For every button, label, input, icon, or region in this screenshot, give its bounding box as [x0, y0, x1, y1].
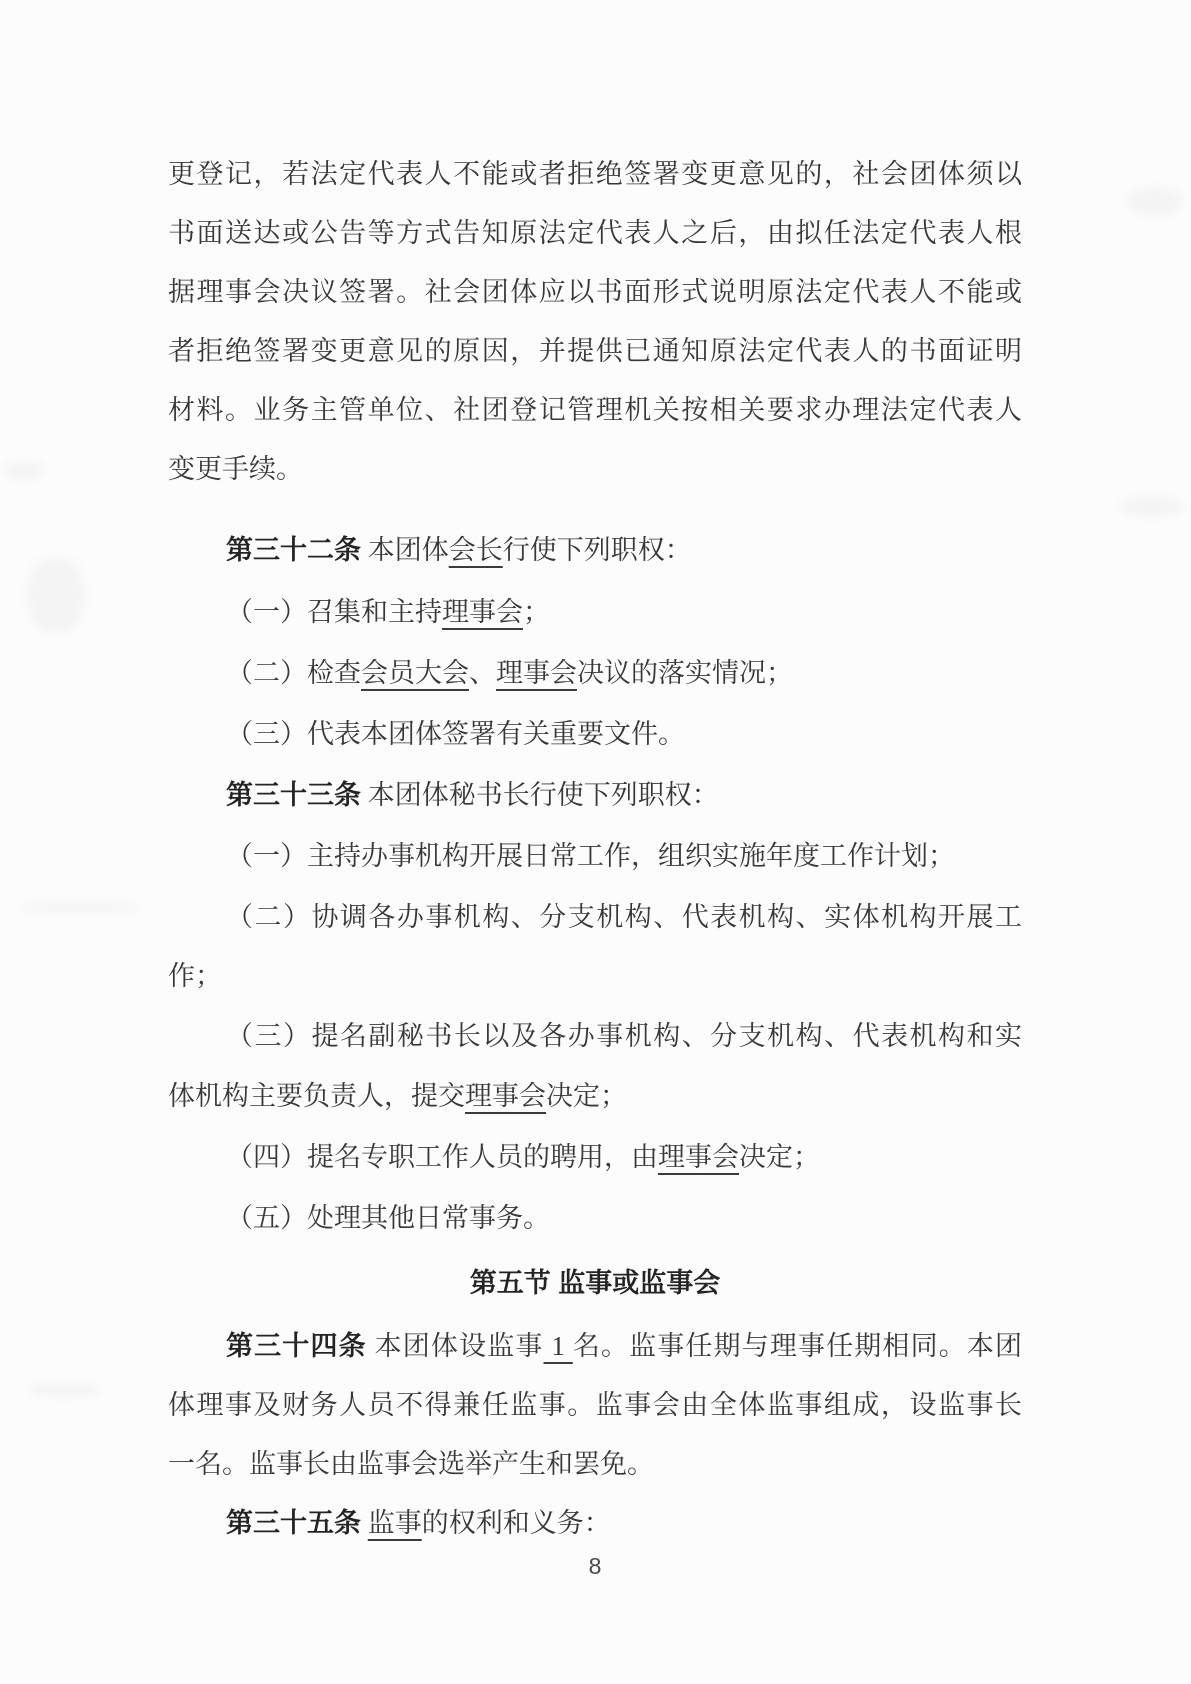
article-label: 第三十三条	[226, 780, 361, 810]
text-segment: 本团体设监事	[367, 1331, 544, 1361]
text-line: （三）代表本团体签署有关重要文件。	[168, 712, 1022, 756]
text-line: 第三十五条 监事的权利和义务：	[168, 1501, 1022, 1545]
text-line: 据理事会决议签署。社会团体应以书面形式说明原法定代表人不能或	[168, 270, 1022, 314]
text-segment: （二）协调各办事机构、分支机构、代表机构、实体机构开展工	[226, 902, 1022, 932]
underlined-term: 理事会	[496, 658, 577, 688]
text-segment: 更登记，若法定代表人不能或者拒绝签署变更意见的，社会团体须以	[168, 159, 1022, 189]
underlined-term: 会员大会	[361, 658, 469, 688]
text-segment: （五）处理其他日常事务。	[226, 1203, 550, 1233]
text-segment: （四）提名专职工作人员的聘用，由	[226, 1142, 658, 1172]
text-segment	[361, 1508, 368, 1538]
text-segment: （二）检查	[226, 658, 361, 688]
text-line: 更登记，若法定代表人不能或者拒绝签署变更意见的，社会团体须以	[168, 152, 1022, 196]
text-line: 第三十三条 本团体秘书长行使下列职权：	[168, 773, 1022, 817]
underlined-term: 理事会	[658, 1142, 739, 1172]
text-segment: （一）召集和主持	[226, 597, 442, 627]
text-line: 第三十四条 本团体设监事 1 名。监事任期与理事任期相同。本团	[168, 1324, 1022, 1368]
underlined-term: 会长	[449, 535, 503, 565]
text-segment: 体机构主要负责人，提交	[168, 1081, 465, 1111]
article-label: 第三十二条	[226, 535, 361, 565]
scan-noise	[1120, 498, 1184, 516]
text-segment: 决定；	[739, 1142, 820, 1172]
text-line: 书面送达或公告等方式告知原法定代表人之后，由拟任法定代表人根	[168, 211, 1022, 255]
text-segment: 行使下列职权：	[503, 535, 692, 565]
underlined-term: 监事	[368, 1508, 422, 1538]
underlined-term: 理事会	[465, 1081, 546, 1111]
text-segment: 本团体	[361, 535, 449, 565]
text-line: 变更手续。	[168, 447, 1022, 491]
text-line: （二）检查会员大会、理事会决议的落实情况；	[168, 651, 1022, 695]
text-line: （二）协调各办事机构、分支机构、代表机构、实体机构开展工	[168, 895, 1022, 939]
text-line: （一）主持办事机构开展日常工作，组织实施年度工作计划；	[168, 834, 1022, 878]
text-line: 体机构主要负责人，提交理事会决定；	[168, 1074, 1022, 1118]
text-segment: （一）主持办事机构开展日常工作，组织实施年度工作计划；	[226, 841, 955, 871]
text-segment: （三）代表本团体签署有关重要文件。	[226, 719, 685, 749]
text-segment: 名。监事任期与理事任期相同。本团	[573, 1331, 1022, 1361]
text-line: （四）提名专职工作人员的聘用，由理事会决定；	[168, 1135, 1022, 1179]
text-segment: 者拒绝签署变更意见的原因，并提供已通知原法定代表人的书面证明	[168, 336, 1022, 366]
text-segment: 作；	[168, 961, 222, 991]
scan-noise	[28, 558, 84, 632]
text-segment: 材料。业务主管单位、社团登记管理机关按相关要求办理法定代表人	[168, 395, 1022, 425]
text-line: 一名。监事长由监事会选举产生和罢免。	[168, 1442, 1022, 1486]
underlined-term: 1	[544, 1331, 573, 1361]
text-line: （一）召集和主持理事会；	[168, 590, 1022, 634]
document-page: 更登记，若法定代表人不能或者拒绝签署变更意见的，社会团体须以书面送达或公告等方式…	[0, 0, 1191, 1684]
text-line: （五）处理其他日常事务。	[168, 1196, 1022, 1240]
text-segment: （三）提名副秘书长以及各办事机构、分支机构、代表机构和实	[226, 1021, 1022, 1051]
text-line: （三）提名副秘书长以及各办事机构、分支机构、代表机构和实	[168, 1014, 1022, 1058]
text-line: 体理事及财务人员不得兼任监事。监事会由全体监事组成，设监事长	[168, 1383, 1022, 1427]
article-label: 第三十五条	[226, 1508, 361, 1538]
scan-noise	[20, 902, 140, 912]
text-segment: 据理事会决议签署。社会团体应以书面形式说明原法定代表人不能或	[168, 277, 1022, 307]
text-segment: 一名。监事长由监事会选举产生和罢免。	[168, 1449, 654, 1479]
scan-noise	[30, 1384, 100, 1396]
text-line: 材料。业务主管单位、社团登记管理机关按相关要求办理法定代表人	[168, 388, 1022, 432]
text-segment: 体理事及财务人员不得兼任监事。监事会由全体监事组成，设监事长	[168, 1390, 1022, 1420]
text-segment: 本团体秘书长行使下列职权：	[361, 780, 719, 810]
text-segment: 的权利和义务：	[422, 1508, 611, 1538]
article-label: 第三十四条	[226, 1331, 367, 1361]
text-segment: 变更手续。	[168, 454, 303, 484]
text-segment: 、	[469, 658, 496, 688]
text-line: 者拒绝签署变更意见的原因，并提供已通知原法定代表人的书面证明	[168, 329, 1022, 373]
underlined-term: 理事会	[442, 597, 523, 627]
text-segment: 决定；	[546, 1081, 627, 1111]
scan-noise	[4, 462, 44, 478]
text-line: 第三十二条 本团体会长行使下列职权：	[168, 528, 1022, 572]
article-label: 第五节 监事或监事会	[470, 1268, 721, 1298]
text-line: 作；	[168, 954, 1022, 998]
text-segment: ；	[523, 597, 550, 627]
scan-noise	[1128, 188, 1182, 214]
text-line: 第五节 监事或监事会	[168, 1261, 1022, 1305]
text-segment: 书面送达或公告等方式告知原法定代表人之后，由拟任法定代表人根	[168, 218, 1022, 248]
page-number: 8	[168, 1548, 1022, 1584]
text-segment: 决议的落实情况；	[577, 658, 793, 688]
